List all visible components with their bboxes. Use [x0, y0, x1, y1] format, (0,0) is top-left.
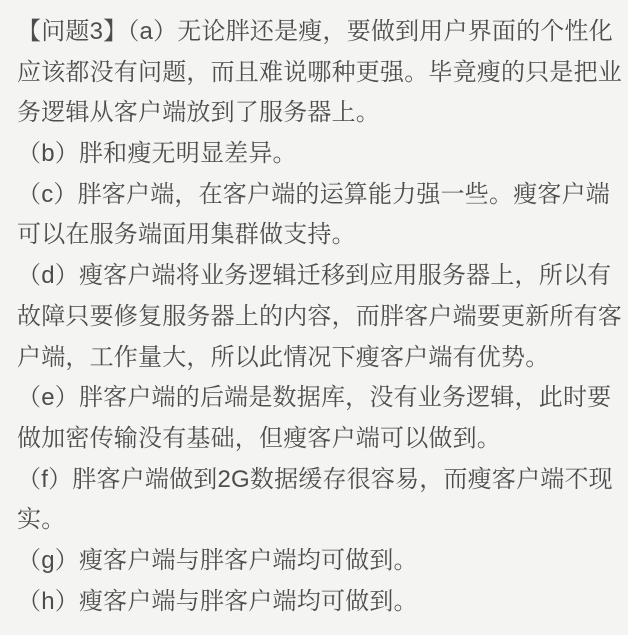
text-line: 【问题3】（a）无论胖还是瘦，要做到用户界面的个性化 [17, 12, 622, 53]
text-line: （e）胖客户端的后端是数据库，没有业务逻辑，此时要 [17, 378, 622, 419]
text-line: （d）瘦客户端将业务逻辑迁移到应用服务器上，所以有 [17, 256, 622, 297]
text-line: （f）胖客户端做到2G数据缓存很容易，而瘦客户端不现 [17, 460, 622, 501]
text-line: 做加密传输没有基础，但瘦客户端可以做到。 [17, 419, 622, 460]
text-line: （g）瘦客户端与胖客户端均可做到。 [17, 541, 622, 582]
text-line: 应该都没有问题，而且难说哪种更强。毕竟瘦的只是把业 [17, 53, 622, 94]
text-line: （b）胖和瘦无明显差异。 [17, 134, 622, 175]
text-line: 可以在服务端面用集群做支持。 [17, 215, 622, 256]
text-line: 实。 [17, 500, 622, 541]
text-line: 户端，工作量大，所以此情况下瘦客户端有优势。 [17, 338, 622, 379]
text-line: 故障只要修复服务器上的内容，而胖客户端要更新所有客 [17, 297, 622, 338]
text-line: （c）胖客户端，在客户端的运算能力强一些。瘦客户端 [17, 175, 622, 216]
document-body: 【问题3】（a）无论胖还是瘦，要做到用户界面的个性化 应该都没有问题，而且难说哪… [0, 0, 628, 635]
text-line: （h）瘦客户端与胖客户端均可做到。 [17, 582, 622, 623]
text-line: 务逻辑从客户端放到了服务器上。 [17, 93, 622, 134]
